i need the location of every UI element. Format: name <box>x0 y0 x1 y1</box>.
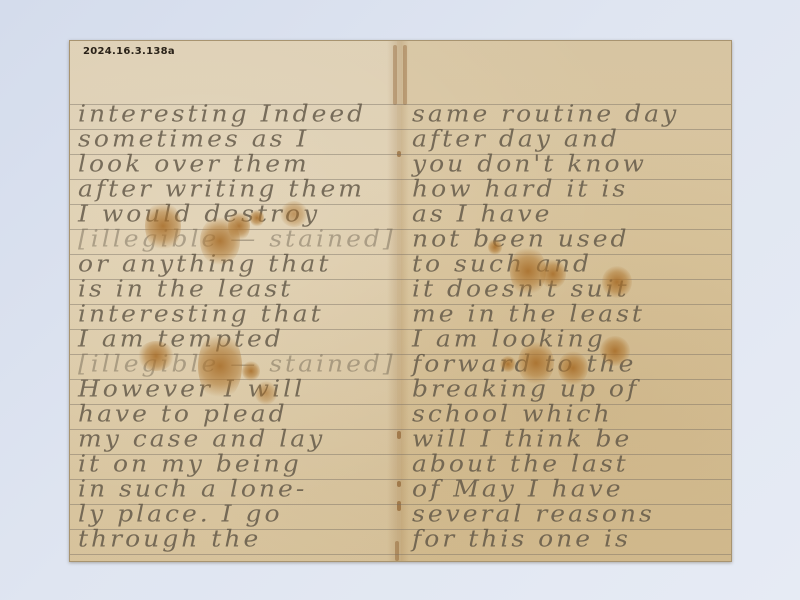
left-line: ly place. I go <box>78 500 283 528</box>
left-line: I am tempted <box>78 325 284 353</box>
stain <box>198 331 242 401</box>
left-line: it on my being <box>78 450 302 478</box>
stain <box>145 201 181 251</box>
stain <box>250 209 264 227</box>
stain <box>242 361 260 381</box>
stain <box>602 266 632 298</box>
right-line: me in the least <box>412 300 645 328</box>
catalog-number: 2024.16.3.138a <box>83 46 175 57</box>
right-line: after day and <box>412 125 620 153</box>
stain <box>558 351 588 385</box>
fold-stain <box>397 431 401 439</box>
stain <box>255 381 277 405</box>
right-line: I am looking <box>412 325 606 353</box>
left-line: in such a lone- <box>78 475 307 503</box>
left-line: after writing them <box>78 175 365 203</box>
right-line: for this one is <box>412 525 631 553</box>
stain <box>540 259 566 289</box>
right-line: how hard it is <box>412 175 628 203</box>
right-line: of May I have <box>412 475 624 503</box>
stain <box>500 356 516 372</box>
left-line: interesting Indeed <box>78 100 366 128</box>
right-line: school which <box>412 400 613 428</box>
fold-stain <box>403 45 407 105</box>
stain <box>600 336 630 366</box>
right-line: same routine day <box>412 100 679 128</box>
fold-stain <box>397 501 401 511</box>
right-line: will I think be <box>412 425 632 453</box>
letter-sheet: 2024.16.3.138a interesting Indeed someti… <box>69 40 732 562</box>
left-line: look over them <box>78 150 310 178</box>
right-line: as I have <box>412 200 552 228</box>
stain <box>518 341 554 385</box>
left-line: through the <box>78 525 261 553</box>
right-line: several reasons <box>412 500 655 528</box>
stain <box>228 211 250 241</box>
left-line: have to plead <box>78 400 288 428</box>
stain <box>138 341 174 371</box>
left-line: my case and lay <box>78 425 325 453</box>
fold-stain <box>395 541 399 561</box>
stain <box>488 239 502 255</box>
fold-stain <box>393 45 397 105</box>
right-line: about the last <box>412 450 629 478</box>
left-line: is in the least <box>78 275 293 303</box>
left-line: interesting that <box>78 300 324 328</box>
right-line: you don't know <box>412 150 647 178</box>
fold-stain <box>397 481 401 487</box>
left-line: sometimes as I <box>78 125 309 153</box>
stain <box>280 201 308 227</box>
